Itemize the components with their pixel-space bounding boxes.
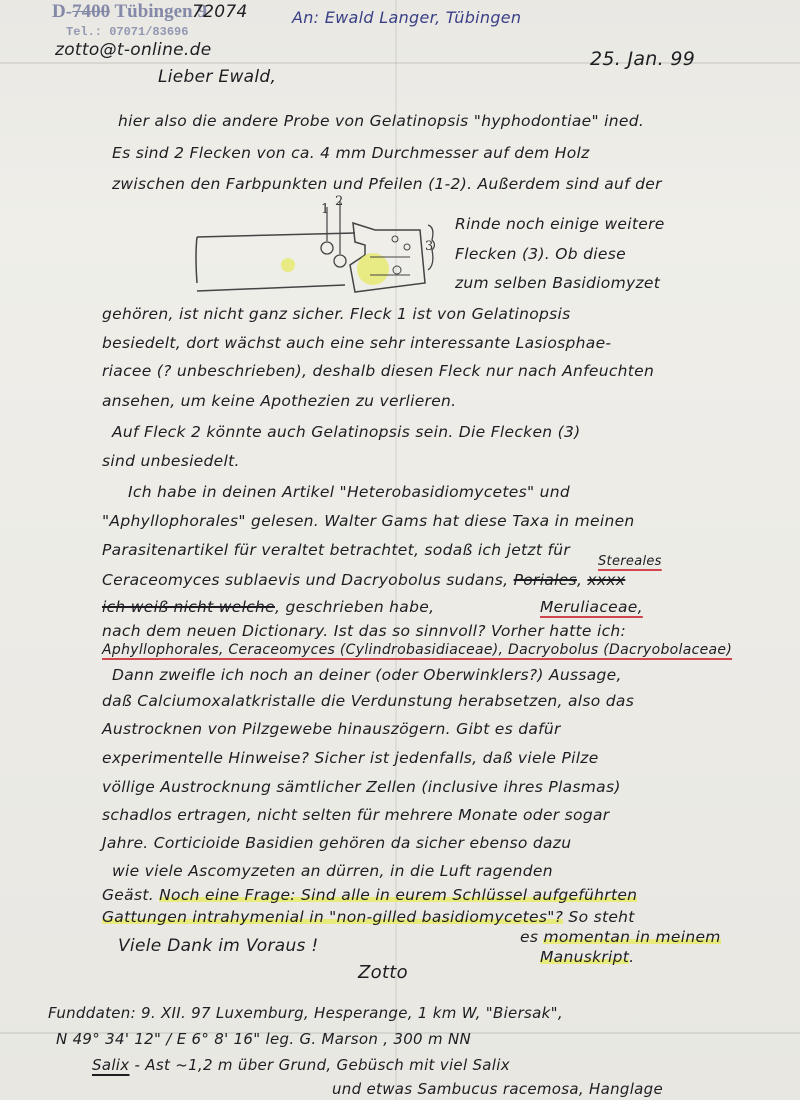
text-line: Parasitenartikel für veraltet betrachtet… (102, 541, 570, 559)
substrate-genus: Salix (92, 1056, 129, 1074)
text-line: daß Calciumoxalatkristalle die Verdunstu… (102, 692, 634, 710)
text-line: nach dem neuen Dictionary. Ist das so si… (102, 622, 626, 640)
text-line: Ich habe in deinen Artikel "Heterobasidi… (128, 483, 570, 501)
new-zip: 72074 (192, 2, 248, 22)
letter-date: 25. Jan. 99 (590, 48, 695, 70)
text-line: Manuskript. (540, 948, 634, 966)
text-line: Flecken (3). Ob diese (455, 245, 626, 263)
inserted-word: Stereales (598, 554, 662, 569)
text-line: zum selben Basidiomyzet (455, 274, 660, 292)
highlighted-text: Noch eine Frage: Sind alle in eurem Schl… (159, 886, 637, 904)
text-line: experimentelle Hinweise? Sicher ist jede… (102, 749, 599, 767)
text-line: Dann zweifle ich noch an deiner (oder Ob… (112, 666, 622, 684)
email-address: zotto@t-online.de (55, 40, 211, 60)
phone-number: Tel.: 07071/83696 (66, 22, 207, 42)
highlighted-text: Gattungen intrahymenial in "non-gilled b… (102, 908, 563, 926)
text-line: Aphyllophorales, Ceraceomyces (Cylindrob… (102, 642, 732, 658)
text-line: Gattungen intrahymenial in "non-gilled b… (102, 908, 635, 926)
text-line: Geäst. Noch eine Frage: Sind alle in eur… (102, 886, 637, 904)
text-line: Auf Fleck 2 könnte auch Gelatinopsis sei… (112, 423, 581, 441)
text-line: ansehen, um keine Apothezien zu verliere… (102, 392, 456, 410)
address-stamp: D-7400 Tübingen 9 Tel.: 07071/83696 (52, 2, 207, 42)
text-line: sind unbesiedelt. (102, 452, 240, 470)
text-line: "Aphyllophorales" gelesen. Walter Gams h… (102, 512, 635, 530)
text-line: völlige Austrocknung sämtlicher Zellen (… (102, 778, 621, 796)
old-zip: 7400 (72, 1, 110, 22)
collection-data-line: und etwas Sambucus racemosa, Hanglage (332, 1080, 663, 1098)
highlighted-text: Manuskript (540, 948, 629, 966)
svg-text:2: 2 (335, 195, 343, 209)
svg-text:1: 1 (321, 202, 329, 217)
collection-data-line: N 49° 34' 12" / E 6° 8' 16" leg. G. Mars… (56, 1030, 471, 1048)
text-line: gehören, ist nicht ganz sicher. Fleck 1 … (102, 305, 571, 323)
text-line: Ceraceomyces sublaevis und Dacryobolus s… (102, 571, 625, 589)
wood-sample-sketch: 1 2 3 (185, 195, 435, 295)
recipient: An: Ewald Langer, Tübingen (292, 8, 521, 27)
highlighted-text: momentan in meinem (543, 928, 720, 946)
text-line: Rinde noch einige weitere (455, 215, 665, 233)
svg-text:3: 3 (425, 239, 433, 254)
text-line: Austrocknen von Pilzgewebe hinauszögern.… (102, 720, 561, 738)
inserted-word: Meruliaceae, (540, 598, 643, 616)
text-line: Jahre. Corticioide Basidien gehören da s… (102, 834, 571, 852)
text-line: hier also die andere Probe von Gelatinop… (118, 112, 644, 130)
text-line: zwischen den Farbpunkten und Pfeilen (1-… (112, 175, 662, 193)
text-line: wie viele Ascomyzeten an dürren, in die … (112, 862, 553, 880)
signature: Zotto (358, 962, 408, 983)
text-line: schadlos ertragen, nicht selten für mehr… (102, 806, 609, 824)
text-line: ich weiß nicht welche, geschrieben habe, (102, 598, 434, 616)
text-line: Es sind 2 Flecken von ca. 4 mm Durchmess… (112, 144, 590, 162)
struck-word: xxxx (587, 571, 625, 589)
closing: Viele Dank im Voraus ! (118, 936, 319, 956)
salutation: Lieber Ewald, (158, 67, 276, 87)
collection-data-line: Funddaten: 9. XII. 97 Luxemburg, Hespera… (48, 1004, 563, 1022)
struck-phrase: ich weiß nicht welche (102, 598, 275, 616)
collection-data-line: Salix - Ast ~1,2 m über Grund, Gebüsch m… (92, 1056, 510, 1074)
text-line: riacee (? unbeschrieben), deshalb diesen… (102, 362, 654, 380)
text-line: besiedelt, dort wächst auch eine sehr in… (102, 334, 611, 352)
struck-word: Poriales (514, 571, 577, 589)
text-line: es momentan in meinem (520, 928, 721, 946)
